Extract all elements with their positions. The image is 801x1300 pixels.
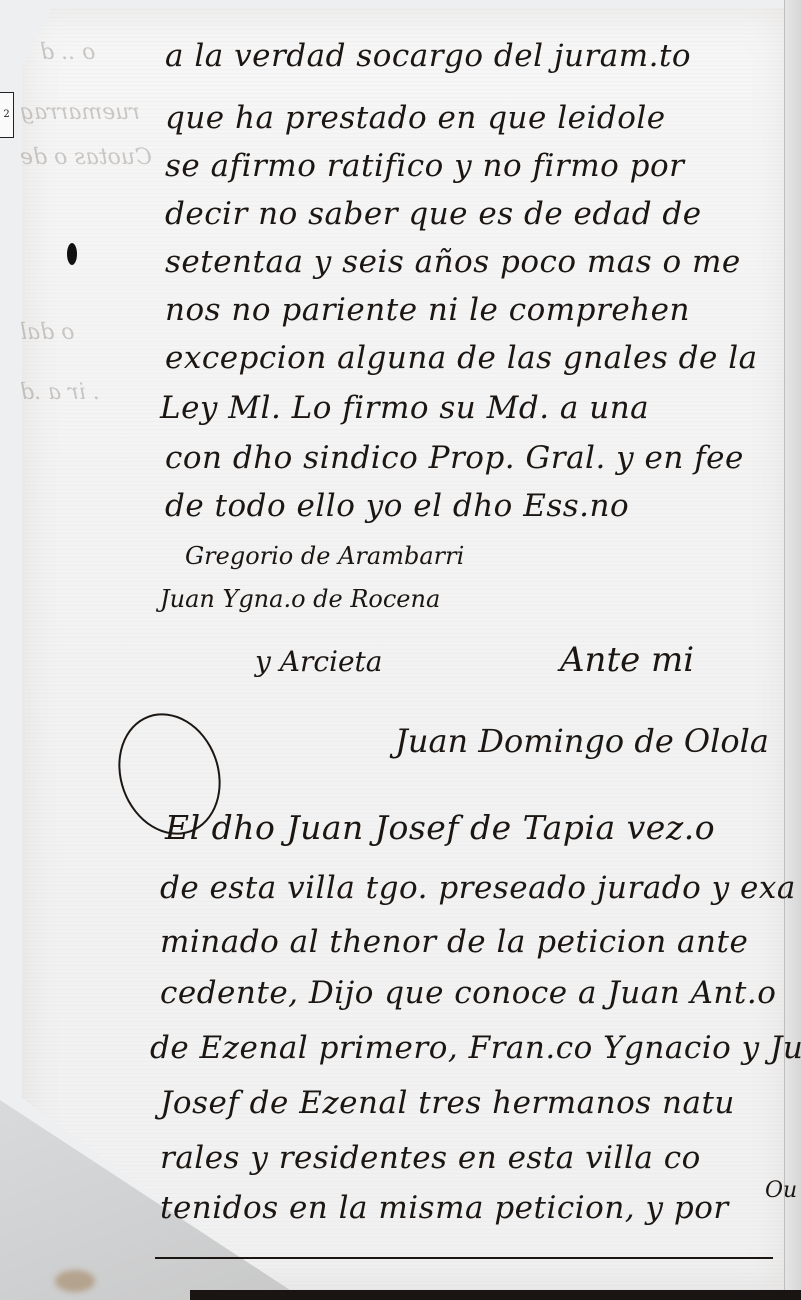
body-line: nos no pariente ni le comprehen (165, 292, 690, 328)
signature-rocena: Juan Ygna.o de Rocena (160, 585, 440, 613)
entry-line: de Ezenal primero, Fran.co Ygnacio y Jua… (150, 1030, 801, 1066)
ink-blot (67, 243, 77, 265)
body-line: que ha prestado en que leidole (165, 100, 666, 136)
body-line: a la verdad socargo del juram.to (165, 38, 691, 74)
body-line: setentaa y seis años poco mas o me (165, 244, 741, 280)
signature-notary: Juan Domingo de Olola (395, 722, 769, 760)
entry-line: rales y residentes en esta villa co (160, 1140, 701, 1176)
signature-arambarri: Gregorio de Arambarri (185, 542, 464, 570)
bleed-through-text: Cuotas o de (20, 145, 152, 170)
signature-ante-mi: Ante mi (560, 640, 694, 680)
body-line: de todo ello yo el dho Ess.no (165, 488, 629, 524)
catchword: Ou (765, 1178, 797, 1203)
water-stain (55, 1270, 95, 1292)
body-line: se afirmo ratifico y no firmo por (165, 148, 684, 184)
closing-rule (155, 1257, 773, 1259)
page-bottom-edge (190, 1290, 801, 1300)
body-line: con dho sindico Prор. Gral. y en fee (165, 440, 744, 476)
bleed-through-text: ruemarrag (20, 100, 140, 125)
entry-line: Josef de Ezenal tres hermanos natu (160, 1085, 735, 1121)
page-right-edge (784, 0, 801, 1300)
entry-line: minado al thenor de la peticion ante (160, 924, 748, 960)
folio-marker: 2 (0, 92, 14, 138)
body-line: excepcion alguna de las gnales de la (165, 340, 758, 376)
body-line: decir no saber que es de edad de (165, 196, 702, 232)
entry-line: de esta villa tgo. preseado jurado y exa (160, 870, 796, 906)
bleed-through-text: . ir a .d (20, 380, 100, 405)
entry-line: El dho Juan Josef de Tapia vez.o (165, 808, 715, 847)
signature-arcieta: y Arcieta (255, 645, 382, 678)
body-line: Ley Ml. Lo firmo su Md. a una (160, 390, 649, 426)
entry-line: cedente, Dijo que conoce a Juan Ant.o (160, 975, 776, 1011)
bleed-through-text: o .. d (40, 40, 95, 65)
bleed-through-text: o dal (20, 320, 74, 345)
entry-line: tenidos en la misma peticion, y por (160, 1190, 729, 1226)
